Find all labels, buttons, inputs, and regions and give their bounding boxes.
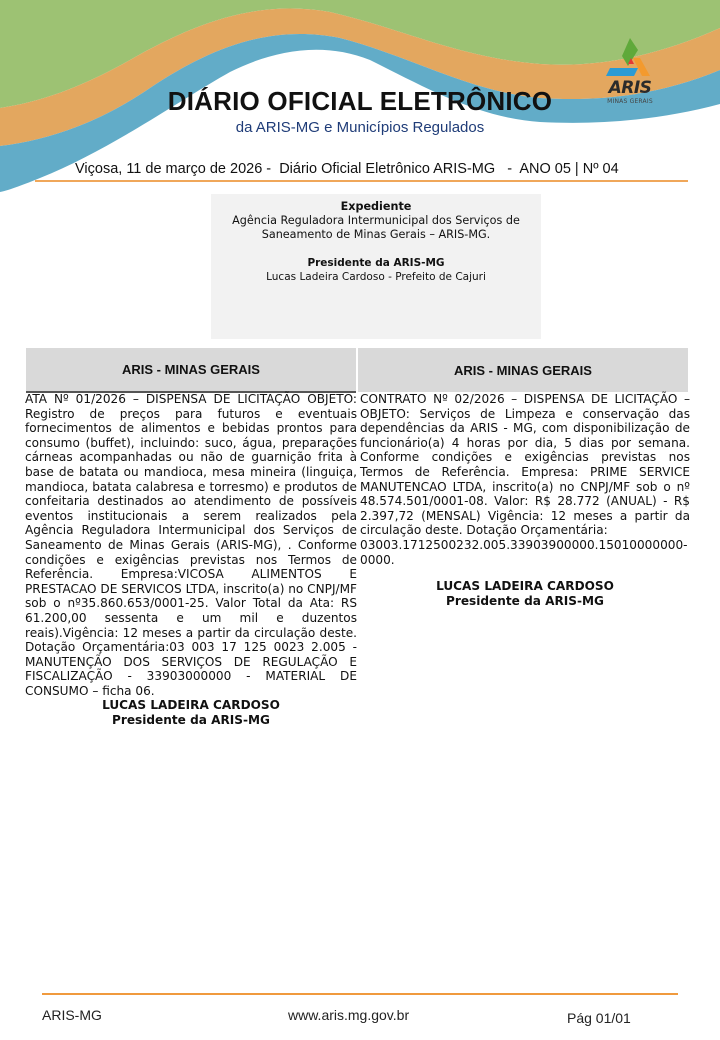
ata-signature-title: Presidente da ARIS-MG (25, 713, 357, 728)
contrato-signature-title: Presidente da ARIS-MG (360, 594, 690, 609)
contrato-body: CONTRATO Nº 02/2026 – DISPENSA DE LICITA… (360, 392, 690, 538)
footer-org: ARIS-MG (42, 1007, 102, 1023)
column-left-ata: ATA Nº 01/2026 – DISPENSA DE LICITAÇÃO O… (25, 392, 357, 728)
expediente-president-heading: Presidente da ARIS-MG (211, 256, 541, 270)
expediente-agency: Agência Reguladora Intermunicipal dos Se… (217, 214, 535, 242)
contrato-signature-name: LUCAS LADEIRA CARDOSO (360, 579, 690, 594)
expediente-box: Expediente Agência Reguladora Intermunic… (211, 194, 541, 339)
edition-dateline: Viçosa, 11 de março de 2026 - Diário Ofi… (75, 161, 685, 177)
page-subtitle: da ARIS-MG e Municípios Regulados (0, 119, 720, 136)
expediente-president: Lucas Ladeira Cardoso - Prefeito de Caju… (217, 270, 535, 284)
column-right-contrato: CONTRATO Nº 02/2026 – DISPENSA DE LICITA… (360, 392, 690, 608)
ata-body: ATA Nº 01/2026 – DISPENSA DE LICITAÇÃO O… (25, 392, 357, 698)
footer-divider (42, 993, 678, 995)
ata-signature-name: LUCAS LADEIRA CARDOSO (25, 698, 357, 713)
column-header-left: ARIS - MINAS GERAIS (26, 348, 356, 393)
column-header-right: ARIS - MINAS GERAIS (358, 348, 688, 392)
aris-triangle-logo-icon (600, 36, 660, 81)
header-divider (35, 180, 688, 182)
contrato-budget-code: 03003.1712500232.005.33903900000.1501000… (360, 538, 690, 567)
page-title: DIÁRIO OFICIAL ELETRÔNICO (0, 86, 720, 117)
footer-page-number: Pág 01/01 (567, 1010, 631, 1026)
title-text: DIÁRIO OFICIAL ELETRÔNICO (168, 86, 552, 116)
footer-website-link[interactable]: www.aris.mg.gov.br (288, 1007, 409, 1023)
expediente-heading: Expediente (211, 200, 541, 214)
